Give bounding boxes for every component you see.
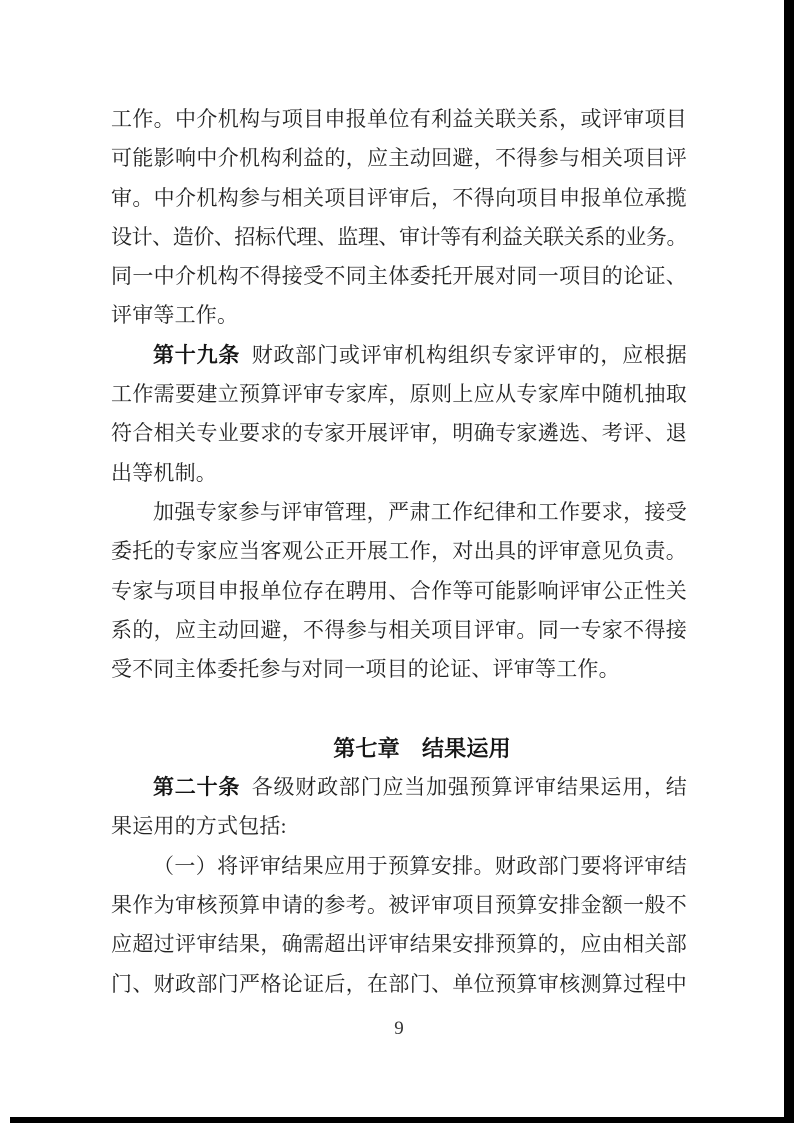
text-line: 工作。中介机构与项目申报单位有利益关联关系，或评审项目	[111, 100, 687, 139]
article-19-text: 财政部门或评审机构组织专家评审的，应根据	[252, 343, 687, 367]
text-line: 第二十条各级财政部门应当加强预算评审结果运用，结	[111, 768, 687, 807]
text-line: 同一中介机构不得接受不同主体委托开展对同一项目的论证、	[111, 257, 687, 296]
paragraph-intermediary-rules: 工作。中介机构与项目申报单位有利益关联关系，或评审项目 可能影响中介机构利益的，…	[111, 100, 687, 336]
article-20-text: 各级财政部门应当加强预算评审结果运用，结	[252, 775, 687, 799]
text-line: （一）将评审结果应用于预算安排。财政部门要将评审结	[111, 847, 687, 886]
article-20-term: 第二十条	[153, 776, 240, 799]
text-line: 第十九条财政部门或评审机构组织专家评审的，应根据	[111, 336, 687, 375]
text-line: 系的，应主动回避，不得参与相关项目评审。同一专家不得接	[111, 611, 687, 650]
text-line: 委托的专家应当客观公正开展工作，对出具的评审意见负责。	[111, 532, 687, 571]
paragraph-expert-management: 加强专家参与评审管理，严肃工作纪律和工作要求，接受 委托的专家应当客观公正开展工…	[111, 493, 687, 689]
text-line: 果运用的方式包括:	[111, 807, 687, 846]
text-line: 受不同主体委托参与对同一项目的论证、评审等工作。	[111, 650, 687, 689]
document-page: 工作。中介机构与项目申报单位有利益关联关系，或评审项目 可能影响中介机构利益的，…	[0, 0, 794, 1123]
article-19-term: 第十九条	[153, 344, 240, 367]
paragraph-article-20: 第二十条各级财政部门应当加强预算评审结果运用，结 果运用的方式包括:	[111, 768, 687, 847]
text-line: 出等机制。	[111, 454, 687, 493]
paragraph-article-19: 第十九条财政部门或评审机构组织专家评审的，应根据 工作需要建立预算评审专家库，原…	[111, 336, 687, 493]
text-line: 门、财政部门严格论证后，在部门、单位预算审核测算过程中	[111, 965, 687, 1004]
text-line: 审。中介机构参与相关项目评审后，不得向项目申报单位承揽	[111, 179, 687, 218]
page-number: 9	[111, 1018, 687, 1040]
scan-edge-bottom	[10, 1117, 794, 1123]
text-line: 设计、造价、招标代理、监理、审计等有利益关联关系的业务。	[111, 218, 687, 257]
text-line: 评审等工作。	[111, 296, 687, 335]
paragraph-item-one: （一）将评审结果应用于预算安排。财政部门要将评审结 果作为审核预算申请的参考。被…	[111, 847, 687, 1004]
text-line: 专家与项目申报单位存在聘用、合作等可能影响评审公正性关	[111, 572, 687, 611]
text-line: 加强专家参与评审管理，严肃工作纪律和工作要求，接受	[111, 493, 687, 532]
text-line: 工作需要建立预算评审专家库，原则上应从专家库中随机抽取	[111, 375, 687, 414]
text-line: 符合相关专业要求的专家开展评审，明确专家遴选、考评、退	[111, 414, 687, 453]
scan-edge-right	[784, 0, 794, 1123]
text-line: 应超过评审结果，确需超出评审结果安排预算的，应由相关部	[111, 925, 687, 964]
chapter-heading: 第七章 结果运用	[111, 729, 687, 768]
document-text-block: 工作。中介机构与项目申报单位有利益关联关系，或评审项目 可能影响中介机构利益的，…	[111, 100, 687, 1004]
text-line: 可能影响中介机构利益的，应主动回避，不得参与相关项目评	[111, 139, 687, 178]
text-line: 果作为审核预算申请的参考。被评审项目预算安排金额一般不	[111, 886, 687, 925]
